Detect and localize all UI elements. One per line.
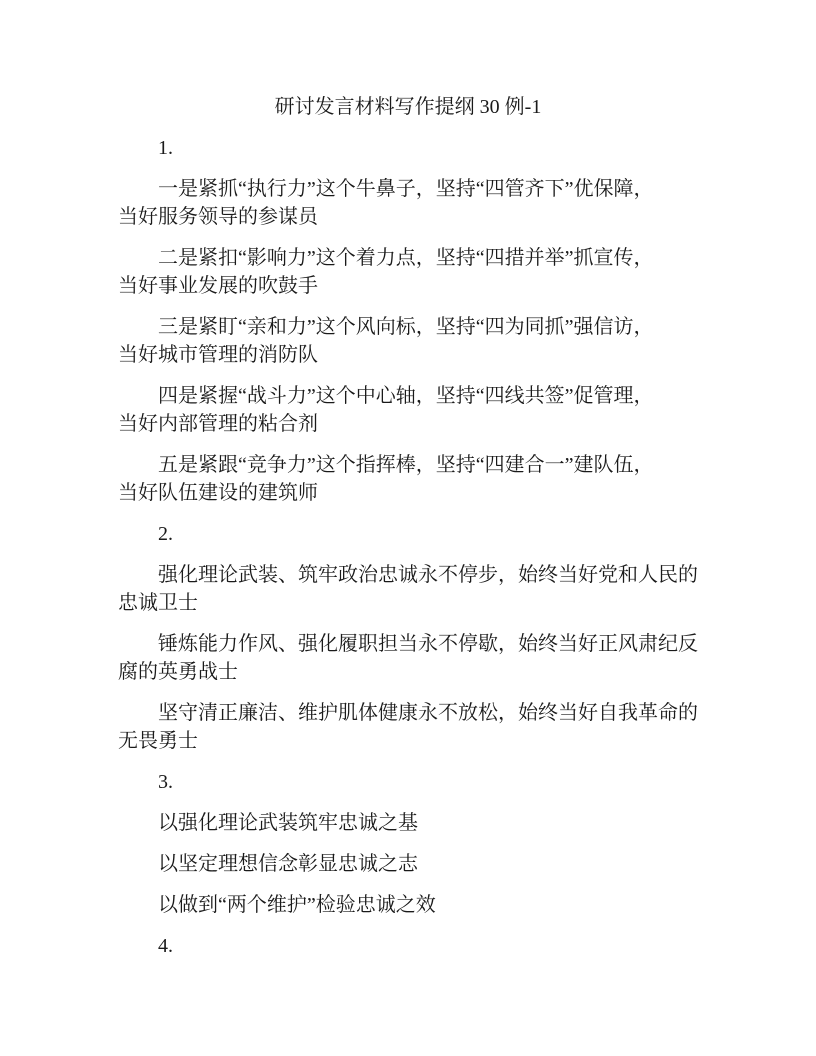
paragraph-line: 以坚定理想信念彰显忠诚之志 xyxy=(118,850,698,878)
paragraph: 以坚定理想信念彰显忠诚之志 xyxy=(118,850,698,878)
paragraph: 一是紧抓“执行力”这个牛鼻子，坚持“四管齐下”优保障，当好服务领导的参谋员 xyxy=(118,175,698,231)
document-body: 1.一是紧抓“执行力”这个牛鼻子，坚持“四管齐下”优保障，当好服务领导的参谋员二… xyxy=(118,134,698,960)
paragraph-line: 三是紧盯“亲和力”这个风向标，坚持“四为同抓”强信访， xyxy=(118,313,698,341)
section-number-paragraph: 1. xyxy=(118,134,698,162)
paragraph-line: 忠诚卫士 xyxy=(118,589,698,617)
paragraph-line: 锤炼能力作风、强化履职担当永不停歇，始终当好正风肃纪反 xyxy=(118,630,698,658)
paragraph-line: 四是紧握“战斗力”这个中心轴，坚持“四线共签”促管理， xyxy=(118,382,698,410)
paragraph-line: 强化理论武装、筑牢政治忠诚永不停步，始终当好党和人民的 xyxy=(118,561,698,589)
paragraph: 五是紧跟“竞争力”这个指挥棒，坚持“四建合一”建队伍，当好队伍建设的建筑师 xyxy=(118,451,698,507)
paragraph-line: 当好事业发展的吹鼓手 xyxy=(118,272,698,300)
paragraph: 二是紧扣“影响力”这个着力点，坚持“四措并举”抓宣传，当好事业发展的吹鼓手 xyxy=(118,244,698,300)
section-number-label: 3. xyxy=(118,768,698,796)
paragraph-line: 二是紧扣“影响力”这个着力点，坚持“四措并举”抓宣传， xyxy=(118,244,698,272)
paragraph: 强化理论武装、筑牢政治忠诚永不停步，始终当好党和人民的忠诚卫士 xyxy=(118,561,698,617)
document-page: 研讨发言材料写作提纲 30 例-1 1.一是紧抓“执行力”这个牛鼻子，坚持“四管… xyxy=(0,0,816,1056)
paragraph: 锤炼能力作风、强化履职担当永不停歇，始终当好正风肃纪反腐的英勇战士 xyxy=(118,630,698,686)
section-number-paragraph: 3. xyxy=(118,768,698,796)
document-title: 研讨发言材料写作提纲 30 例-1 xyxy=(118,93,698,121)
paragraph: 以做到“两个维护”检验忠诚之效 xyxy=(118,891,698,919)
paragraph: 以强化理论武装筑牢忠诚之基 xyxy=(118,809,698,837)
paragraph-line: 以强化理论武装筑牢忠诚之基 xyxy=(118,809,698,837)
paragraph: 坚守清正廉洁、维护肌体健康永不放松，始终当好自我革命的无畏勇士 xyxy=(118,699,698,755)
paragraph-line: 当好服务领导的参谋员 xyxy=(118,203,698,231)
paragraph-line: 坚守清正廉洁、维护肌体健康永不放松，始终当好自我革命的 xyxy=(118,699,698,727)
paragraph-line: 当好城市管理的消防队 xyxy=(118,341,698,369)
section-number-label: 2. xyxy=(118,520,698,548)
section-number-paragraph: 2. xyxy=(118,520,698,548)
paragraph-line: 五是紧跟“竞争力”这个指挥棒，坚持“四建合一”建队伍， xyxy=(118,451,698,479)
section-number-paragraph: 4. xyxy=(118,932,698,960)
paragraph: 四是紧握“战斗力”这个中心轴，坚持“四线共签”促管理，当好内部管理的粘合剂 xyxy=(118,382,698,438)
section-number-label: 4. xyxy=(118,932,698,960)
section-number-label: 1. xyxy=(118,134,698,162)
paragraph-line: 当好队伍建设的建筑师 xyxy=(118,479,698,507)
paragraph-line: 以做到“两个维护”检验忠诚之效 xyxy=(118,891,698,919)
paragraph: 三是紧盯“亲和力”这个风向标，坚持“四为同抓”强信访，当好城市管理的消防队 xyxy=(118,313,698,369)
paragraph-line: 无畏勇士 xyxy=(118,727,698,755)
paragraph-line: 腐的英勇战士 xyxy=(118,658,698,686)
paragraph-line: 当好内部管理的粘合剂 xyxy=(118,410,698,438)
paragraph-line: 一是紧抓“执行力”这个牛鼻子，坚持“四管齐下”优保障， xyxy=(118,175,698,203)
